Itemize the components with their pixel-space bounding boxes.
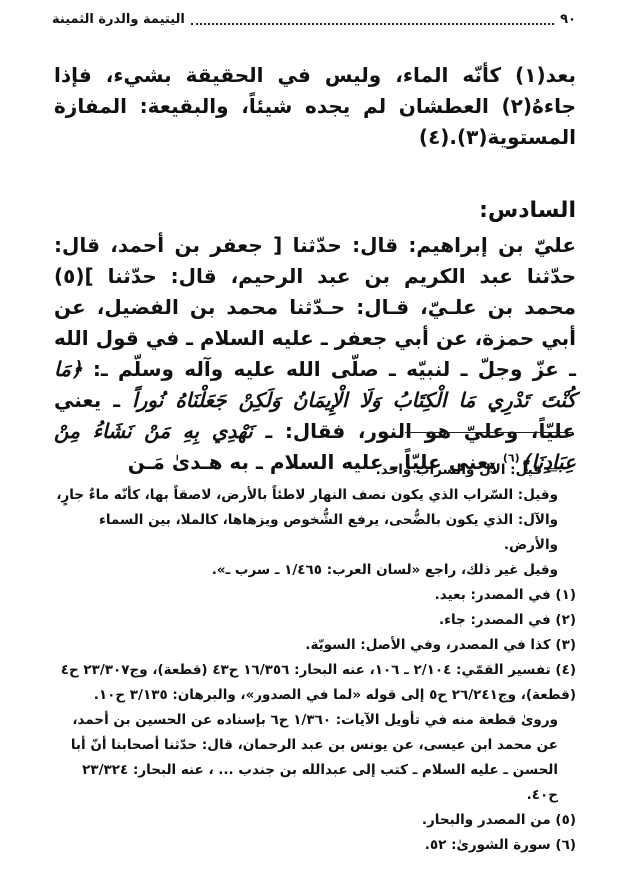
dotted-leader [191, 13, 554, 25]
footnote-continuation: ⇐ قيل: الآل والسراب واحد. [54, 458, 576, 483]
page-number: ٩٠ [560, 12, 576, 27]
footnote-text: سورة الشورىٰ: ٥٢. [425, 837, 551, 853]
footnote-number: (٤) [555, 662, 576, 678]
section-heading: السادس: [54, 195, 576, 226]
narration-text: عليّ بن إبراهيم: قال: حدّثنا [ جعفر بن أ… [54, 233, 576, 381]
footnote-number: (٥) [555, 812, 576, 828]
footnote-4: (٤) تفسير القمّي: ٢/١٠٤ ـ ١٠٦، عنه البحا… [54, 658, 576, 708]
footnote-2: (٢) في المصدر: جاء. [54, 608, 576, 633]
footnotes: ⇐ قيل: الآل والسراب واحد. وقيل: السّراب … [54, 458, 576, 858]
page-header: ٩٠ اليتيمة والدرة الثمينة [52, 8, 576, 30]
footnote-separator [405, 432, 573, 433]
footnote-4-continuation: وروىٰ قطعة منه في تأويل الآيات: ١/٣٦٠ ح٦… [54, 708, 576, 808]
book-page: ٩٠ اليتيمة والدرة الثمينة بعد(١) كأنّه ا… [0, 0, 631, 889]
paragraph-1: بعد(١) كأنّه الماء، وليس في الحقيقة بشيء… [54, 60, 576, 153]
main-text: بعد(١) كأنّه الماء، وليس في الحقيقة بشيء… [54, 60, 576, 478]
footnote-text: في المصدر: بعيد. [435, 587, 551, 603]
paragraph-2: عليّ بن إبراهيم: قال: حدّثنا [ جعفر بن أ… [54, 230, 576, 478]
footnote-text: في المصدر: جاء. [439, 612, 551, 628]
footnote-text: تفسير القمّي: ٢/١٠٤ ـ ١٠٦، عنه البحار: ١… [61, 662, 576, 703]
footnote-continuation: وقيل غير ذلك، راجع «لسان العرب: ١/٤٦٥ ـ … [54, 558, 576, 583]
running-title: اليتيمة والدرة الثمينة [52, 12, 185, 27]
footnote-5: (٥) من المصدر والبحار. [54, 808, 576, 833]
footnote-text: وروىٰ قطعة منه في تأويل الآيات: ١/٣٦٠ ح٦… [71, 712, 558, 803]
footnote-text: من المصدر والبحار. [422, 812, 551, 828]
footnote-continuation: وقيل: السّراب الذي يكون نصف النهار لاطئا… [54, 483, 576, 558]
footnote-number: (٢) [555, 612, 576, 628]
footnote-number: (١) [555, 587, 576, 603]
footnote-number: (٦) [555, 837, 576, 853]
footnote-text: كذا في المصدر، وفي الأصل: السويّة. [305, 637, 550, 653]
footnote-6: (٦) سورة الشورىٰ: ٥٢. [54, 833, 576, 858]
footnote-3: (٣) كذا في المصدر، وفي الأصل: السويّة. [54, 633, 576, 658]
footnote-1: (١) في المصدر: بعيد. [54, 583, 576, 608]
footnote-number: (٣) [555, 637, 576, 653]
